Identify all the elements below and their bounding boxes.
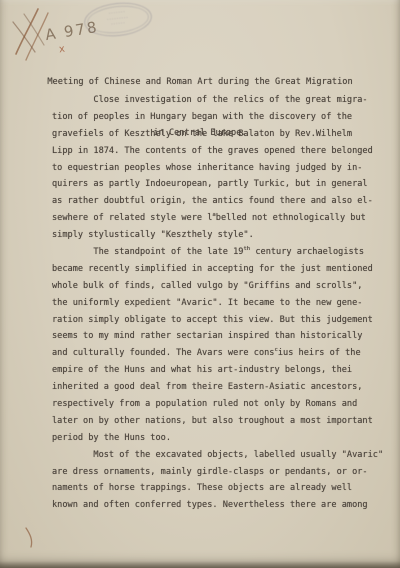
text-line: naments of horse trappings. These object…: [52, 480, 387, 497]
page-bottom-shadow: [0, 561, 400, 568]
text-line: and culturally founded. The Avars were c…: [52, 345, 387, 362]
text-line: respectively from a population ruled not…: [52, 396, 387, 413]
text-line: The standpoint of the late 19th century …: [52, 244, 387, 261]
text-line: period by the Huns too.: [52, 430, 387, 447]
body-text: Close investigation of the relics of the…: [52, 92, 387, 514]
text-line: became recently simplified in accepting …: [52, 261, 387, 278]
text-line: as rather doubtful origin, the antics fo…: [52, 193, 387, 210]
text-line: are dress ornaments, mainly girdle-clasp…: [52, 464, 387, 481]
text-line: gravefiels of Keszthely on the lake Bala…: [52, 126, 387, 143]
text-line: known and often conferred types. Neverth…: [52, 497, 387, 514]
text-line: the uniformly expedient "Avaric". It bec…: [52, 295, 387, 312]
text-line: empire of the Huns and what his art-indu…: [52, 362, 387, 379]
text-line: Close investigation of the relics of the…: [52, 92, 387, 109]
text-line: inherited a good deal from theire Easter…: [52, 379, 387, 396]
text-line: later on by other nations, but also trou…: [52, 413, 387, 430]
text-line: Most of the excavated objects, labelled …: [52, 447, 387, 464]
photographed-typescript: { "document": { "title_lines": [ "Meetin…: [0, 0, 400, 568]
text-line: to equestrian peoples whose inheritance …: [52, 160, 387, 177]
text-line: tion of peoples in Hungary began with th…: [52, 109, 387, 126]
text-line: seems to my mind rather sectarian inspir…: [52, 328, 387, 345]
title-line: Meeting of Chinese and Roman Art during …: [0, 74, 400, 91]
pencil-tick-icon: [22, 526, 38, 550]
text-line: Lipp in 1874. The contents of the graves…: [52, 143, 387, 160]
text-line: whole bulk of finds, called vulgo by "Gr…: [52, 278, 387, 295]
text-line: simply stylustically "Keszthely style".: [52, 227, 387, 244]
document-page: A 978 x ······· ········· ······ Meeting…: [0, 0, 400, 568]
text-line: quirers as partly Indoeuropean, partly T…: [52, 176, 387, 193]
text-line: sewhere of related style were labelled n…: [52, 210, 387, 227]
text-line: ration simply obligate to accept this vi…: [52, 312, 387, 329]
